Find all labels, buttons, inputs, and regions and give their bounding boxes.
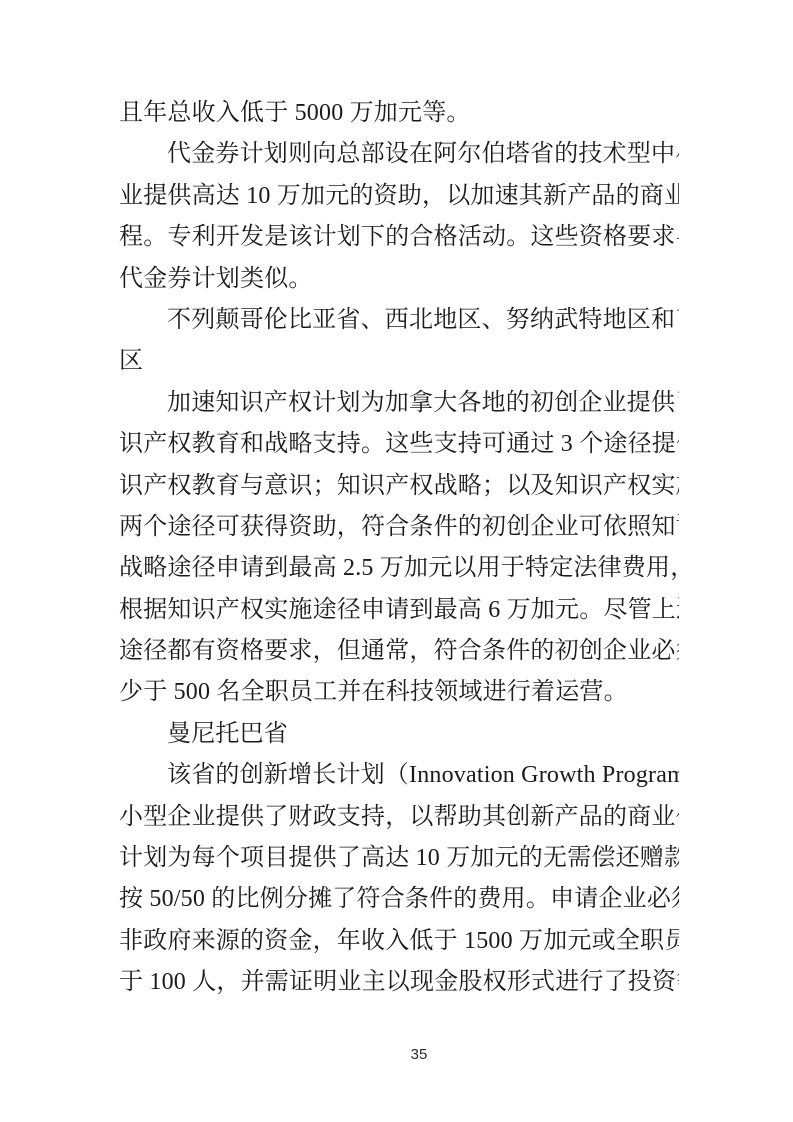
- text-line: 非政府来源的资金，年收入低于 1500 万加元或全职员工少: [119, 921, 679, 962]
- section-heading-line: 曼尼托巴省: [119, 714, 679, 755]
- text-line: 程。专利开发是该计划下的合格活动。这些资格要求与小额: [119, 217, 679, 258]
- text-line: 代金券计划则向总部设在阿尔伯塔省的技术型中小企: [119, 134, 679, 175]
- text-line: 代金券计划类似。: [119, 259, 679, 300]
- text-line: 小型企业提供了财政支持，以帮助其创新产品的商业化。该: [119, 797, 679, 838]
- text-line: 加速知识产权计划为加拿大各地的初创企业提供了知: [119, 383, 679, 424]
- text-line: 且年总收入低于 5000 万加元等。: [119, 93, 679, 134]
- text-line: 根据知识产权实施途径申请到最高 6 万加元。尽管上述每个: [119, 590, 679, 631]
- text-line: 途径都有资格要求，但通常，符合条件的初创企业必须拥有: [119, 631, 679, 672]
- text-line: 识产权教育与意识；知识产权战略；以及知识产权实施。后: [119, 466, 679, 507]
- document-page: 且年总收入低于 5000 万加元等。 代金券计划则向总部设在阿尔伯塔省的技术型中…: [0, 0, 793, 1122]
- text-line: 少于 500 名全职员工并在科技领域进行着运营。: [119, 672, 679, 713]
- text-line: 区: [119, 341, 679, 382]
- text-line: 战略途径申请到最高 2.5 万加元以用于特定法律费用，或者: [119, 548, 679, 589]
- text-line: 计划为每个项目提供了高达 10 万加元的无需偿还赠款，并: [119, 838, 679, 879]
- text-line: 按 50/50 的比例分摊了符合条件的费用。申请企业必须拥有: [119, 879, 679, 920]
- page-number: 35: [404, 1046, 434, 1063]
- text-line: 两个途径可获得资助，符合条件的初创企业可依照知识产权: [119, 507, 679, 548]
- text-line: 业提供高达 10 万加元的资助，以加速其新产品的商业化进: [119, 176, 679, 217]
- text-line: 于 100 人，并需证明业主以现金股权形式进行了投资等。: [119, 962, 679, 1003]
- text-line: 识产权教育和战略支持。这些支持可通过 3 个途径提供：知: [119, 424, 679, 465]
- body-text-block: 且年总收入低于 5000 万加元等。 代金券计划则向总部设在阿尔伯塔省的技术型中…: [119, 93, 679, 1004]
- text-line: 该省的创新增长计划（Innovation Growth Program）为中: [119, 755, 679, 796]
- text-line: 不列颠哥伦比亚省、西北地区、努纳武特地区和育空地: [119, 300, 679, 341]
